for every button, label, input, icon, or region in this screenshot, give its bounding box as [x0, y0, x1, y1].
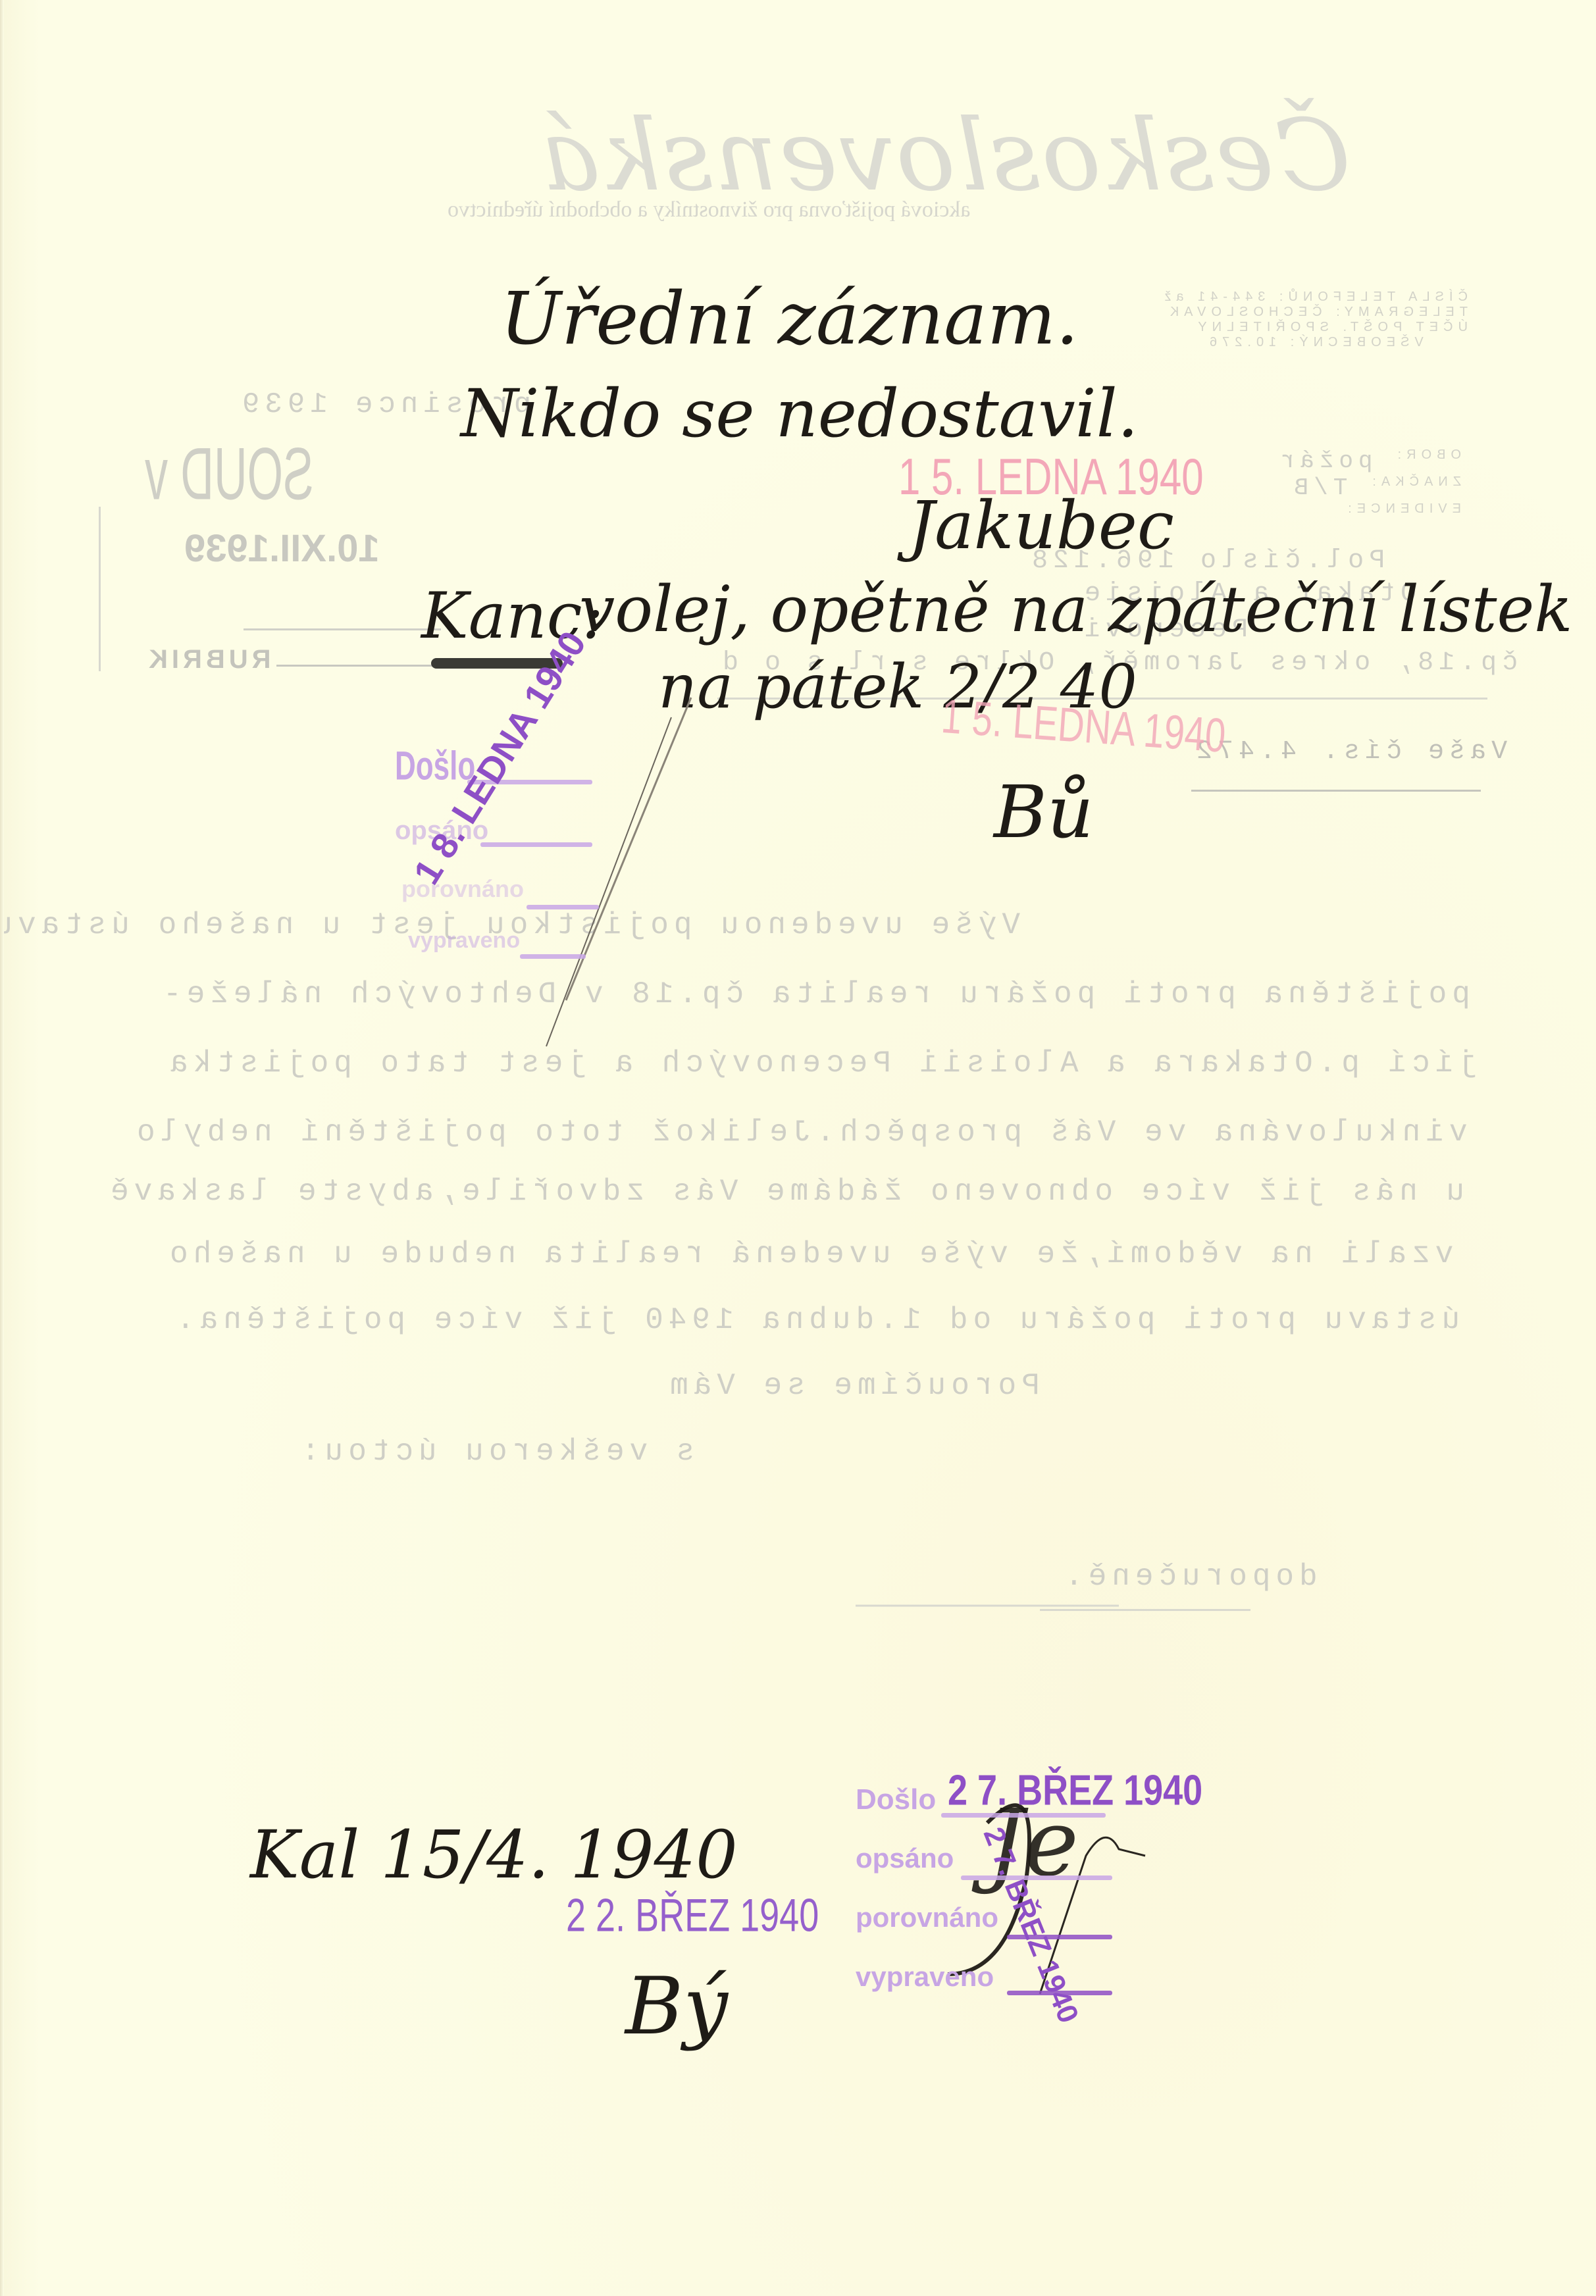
stamp-row-line — [520, 954, 586, 959]
receipt-stamp-left: Došlo opsáno porovnáno vypraveno 1 8. LE… — [395, 737, 671, 961]
stamp-row-line — [527, 905, 599, 909]
stamp-row-line — [961, 1875, 1112, 1880]
stamp-row-label: Došlo — [856, 1783, 936, 1816]
stamp-row-label: porovnáno — [401, 875, 524, 903]
stamp-row-label: opsáno — [856, 1843, 954, 1874]
stamp-row-label: vypraveno — [408, 928, 520, 954]
page-edge — [0, 0, 4, 2296]
stamp-row-label: vypraveno — [856, 1961, 994, 1993]
stamp-row-label: porovnáno — [856, 1902, 998, 1933]
date-stamp-bottom: 2 2. BŘEZ 1940 — [566, 1889, 819, 1943]
diagonal-pen-strokes — [0, 0, 1596, 2296]
handwritten-initials: Bý — [625, 1961, 728, 2053]
stamp-date: 2 7. BŘEZ 1940 — [948, 1766, 1202, 1815]
stamp-row-line — [480, 842, 592, 847]
receipt-stamp-right: Došlo 2 7. BŘEZ 1940 opsáno porovnáno vy… — [856, 1750, 1171, 2001]
handwritten-kal-note: Kal 15/4. 1940 — [250, 1816, 738, 1893]
red-date-stamp: 1 5. LEDNA 1940 — [898, 447, 1204, 507]
